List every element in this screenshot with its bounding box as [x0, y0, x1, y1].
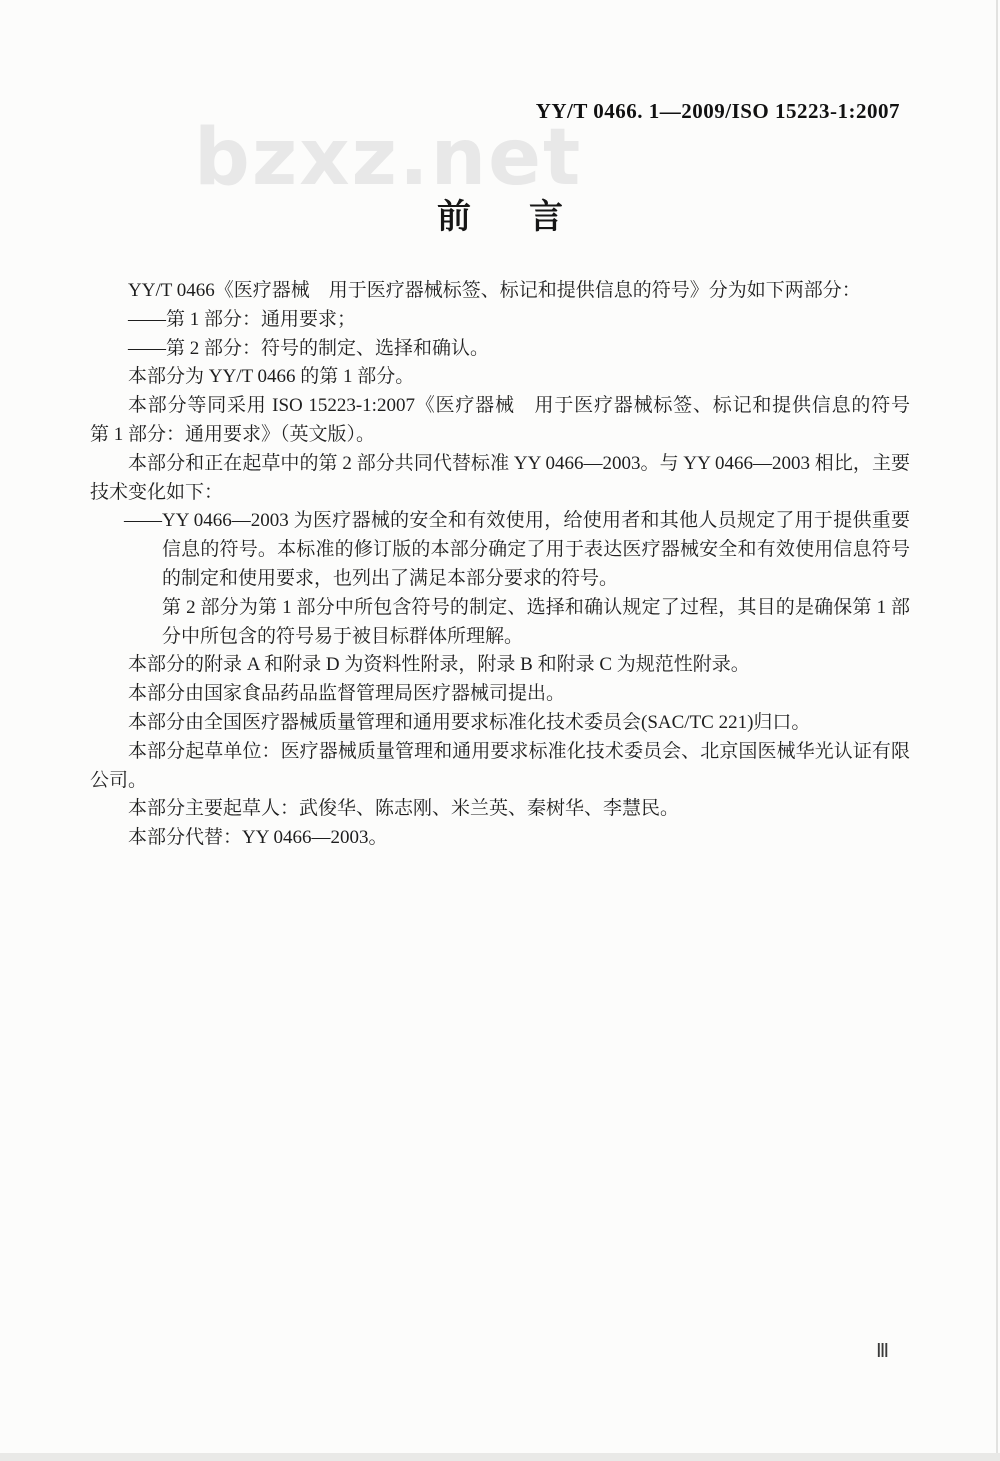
foreword-paragraph: ——第 1 部分：通用要求； — [90, 306, 910, 335]
foreword-paragraph: 本部分由国家食品药品监督管理局医疗器械司提出。 — [90, 680, 910, 709]
foreword-paragraph: ——第 2 部分：符号的制定、选择和确认。 — [90, 335, 910, 364]
page-number: Ⅲ — [876, 1340, 889, 1363]
scan-bottom-edge — [0, 1453, 1000, 1461]
foreword-body: YY/T 0466《医疗器械 用于医疗器械标签、标记和提供信息的符号》分为如下两… — [90, 277, 910, 853]
scan-right-edge — [996, 0, 998, 1461]
foreword-paragraph: 第 2 部分为第 1 部分中所包含符号的制定、选择和确认规定了过程，其目的是确保… — [90, 594, 910, 652]
foreword-paragraph: 本部分由全国医疗器械质量管理和通用要求标准化技术委员会(SAC/TC 221)归… — [90, 709, 910, 738]
foreword-paragraph: 本部分代替：YY 0466—2003。 — [90, 824, 910, 853]
page-title: 前 言 — [0, 189, 1000, 238]
document-page: bzxz.net YY/T 0466. 1—2009/ISO 15223-1:2… — [0, 0, 1000, 1461]
foreword-paragraph: YY/T 0466《医疗器械 用于医疗器械标签、标记和提供信息的符号》分为如下两… — [90, 277, 910, 306]
foreword-paragraph: 本部分的附录 A 和附录 D 为资料性附录，附录 B 和附录 C 为规范性附录。 — [90, 651, 910, 680]
foreword-paragraph: 本部分起草单位：医疗器械质量管理和通用要求标准化技术委员会、北京国医械华光认证有… — [90, 738, 910, 796]
foreword-paragraph: ——YY 0466—2003 为医疗器械的安全和有效使用，给使用者和其他人员规定… — [90, 507, 910, 593]
standard-number-header: YY/T 0466. 1—2009/ISO 15223-1:2007 — [536, 99, 900, 124]
foreword-paragraph: 本部分为 YY/T 0466 的第 1 部分。 — [90, 363, 910, 392]
foreword-paragraph: 本部分和正在起草中的第 2 部分共同代替标准 YY 0466—2003。与 YY… — [90, 450, 910, 508]
foreword-paragraph: 本部分等同采用 ISO 15223-1:2007《医疗器械 用于医疗器械标签、标… — [90, 392, 910, 450]
foreword-paragraph: 本部分主要起草人：武俊华、陈志刚、米兰英、秦树华、李慧民。 — [90, 795, 910, 824]
